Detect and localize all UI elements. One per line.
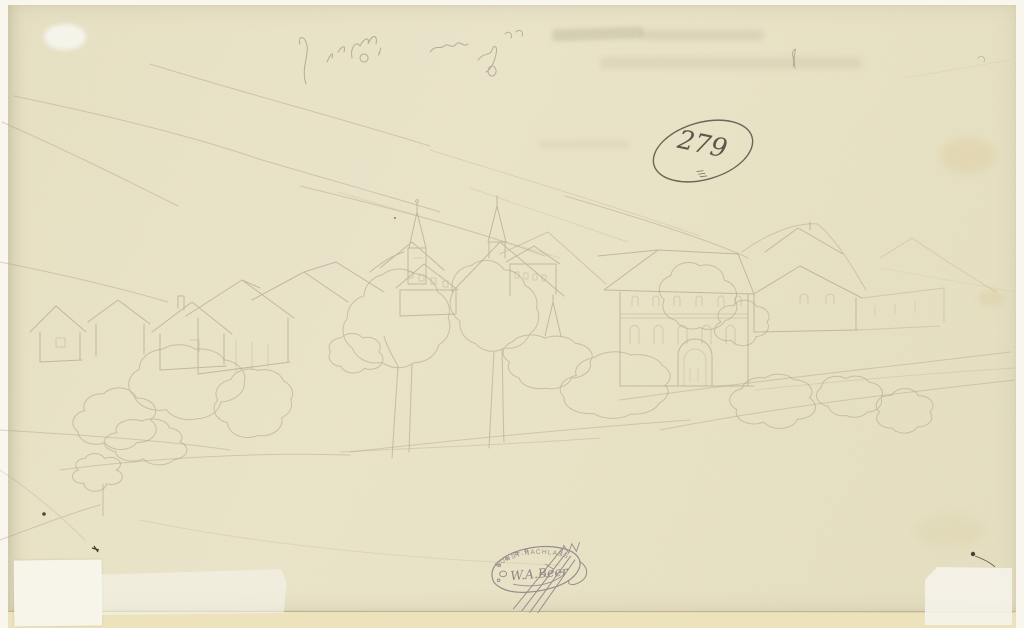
paper-grain-texture — [8, 5, 1016, 611]
mounting-tape-left — [14, 560, 103, 627]
sketch-artwork: 279 KUNST-NACHLASS W.A.Beer — [0, 0, 1024, 628]
scanned-drawing: 279 KUNST-NACHLASS W.A.Beer — [0, 0, 1024, 628]
mounting-tape-strip — [97, 569, 288, 617]
mounting-tape-right — [925, 567, 1012, 625]
